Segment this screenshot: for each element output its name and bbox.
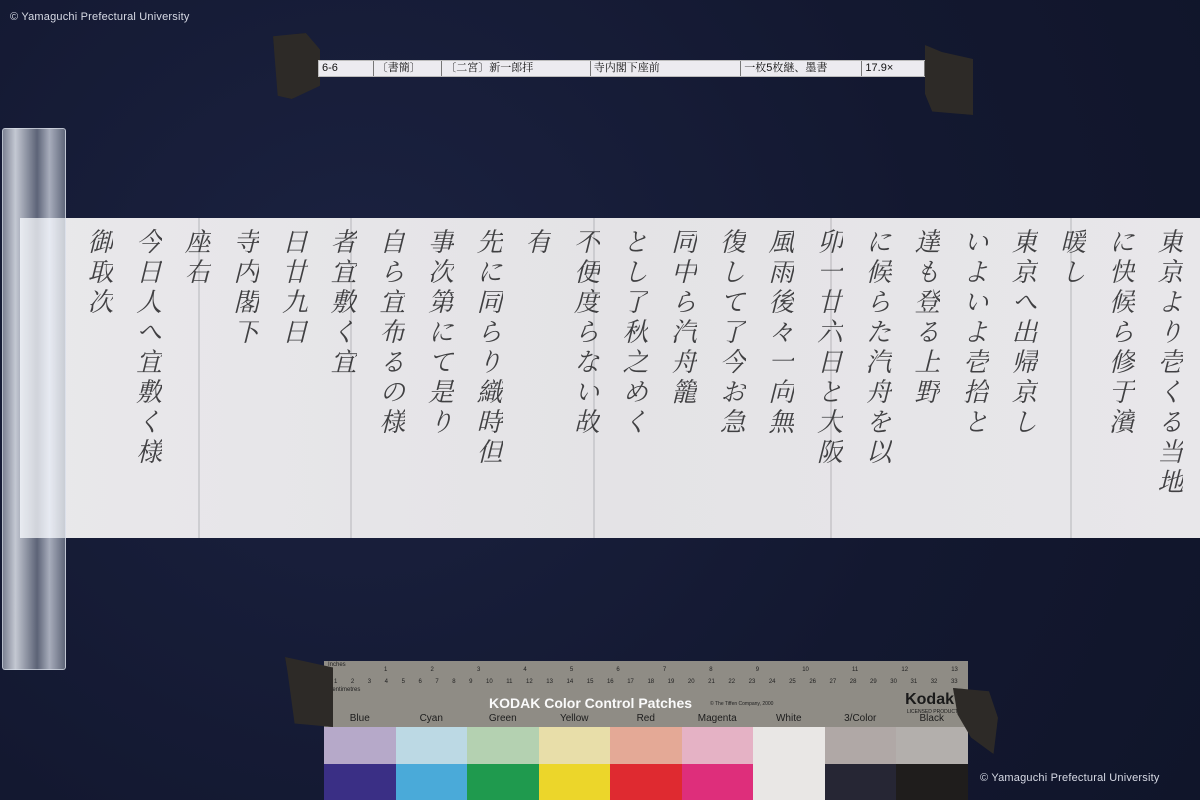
color-patch-cyan — [396, 727, 468, 800]
color-patch-3-color — [825, 727, 897, 800]
color-patch-green — [467, 727, 539, 800]
color-patch-magenta — [682, 727, 754, 800]
catalog-label-cell: 17.9× — [862, 61, 925, 76]
manuscript-column: 御取次 — [80, 228, 117, 318]
ruler-cm-number: 7 — [435, 679, 438, 685]
catalog-label-cell: 〔書簡〕 — [374, 61, 442, 76]
manuscript-column: 者宜敷く宜 — [323, 228, 360, 378]
manuscript-column: 有 — [518, 228, 555, 258]
ruler-inch-number: 9 — [756, 667, 759, 673]
catalog-label-cell: 一枚5枚継、墨書 — [741, 61, 862, 76]
tape-piece — [285, 657, 333, 727]
ruler-inch-number: 10 — [802, 667, 809, 673]
color-patch-blue — [324, 727, 396, 800]
ruler-cm-number: 10 — [486, 679, 493, 685]
ruler-cm-number: 22 — [728, 679, 735, 685]
patch-label-white: White — [753, 713, 825, 724]
catalog-label: 6-6〔書簡〕〔二宮〕新一郎拝寺内閣下座前一枚5枚継、墨書17.9× — [318, 60, 926, 77]
manuscript-column: 卯一廿六日と大阪 — [810, 228, 847, 468]
manuscript-column: 先に同らり織時但 — [469, 228, 506, 468]
chart-copyright: © The Tiffen Company, 2000 — [710, 701, 773, 707]
manuscript-column: 自ら宜布るの様 — [372, 228, 409, 438]
ruler-cm-number: 14 — [567, 679, 574, 685]
ruler-cm-number: 21 — [708, 679, 715, 685]
ruler-cm-number: 28 — [850, 679, 857, 685]
manuscript-column: 風雨後々一向無 — [761, 228, 798, 438]
manuscript-column: 不便度らない故 — [566, 228, 603, 438]
manuscript-column: 今日人へ宜敷く様 — [129, 228, 166, 468]
patch-label-yellow: Yellow — [539, 713, 611, 724]
copyright-bottom-right: © Yamaguchi Prefectural University — [980, 772, 1160, 784]
ruler-cm-number: 33 — [951, 679, 958, 685]
patch-label-blue: Blue — [324, 713, 396, 724]
manuscript-paper: 東京より壱くる当地に快候ら修于濱暖し東京へ出帰京しいよいよ壱拾と達も登る上野に候… — [20, 218, 1200, 538]
kodak-logo: Kodak — [905, 691, 954, 709]
manuscript-column: 東京より壱くる当地 — [1150, 228, 1187, 498]
patch-label-cyan: Cyan — [396, 713, 468, 724]
ruler-inch-number: 6 — [616, 667, 619, 673]
ruler-inch-number: 5 — [570, 667, 573, 673]
ruler-inch-number: 11 — [852, 667, 858, 673]
ruler-inch-number: 1 — [384, 667, 387, 673]
catalog-label-cell: 〔二宮〕新一郎拝 — [442, 61, 591, 76]
ruler-cm-number: 26 — [809, 679, 816, 685]
ruler-cm-number: 6 — [418, 679, 421, 685]
manuscript-column: 寺内閣下 — [226, 228, 263, 348]
ruler-cm-number: 12 — [526, 679, 533, 685]
manuscript-column: 事次第にて是り — [420, 228, 457, 438]
tape-piece — [273, 33, 320, 99]
ruler-inch-number: 2 — [430, 667, 433, 673]
ruler-cm-number: 30 — [890, 679, 897, 685]
ruler-inch-number: 3 — [477, 667, 480, 673]
patch-label-red: Red — [610, 713, 682, 724]
manuscript-column: 復して了今お急 — [712, 228, 749, 438]
ruler-cm-number: 23 — [749, 679, 756, 685]
manuscript-column: 東京へ出帰京し — [1004, 228, 1041, 438]
manuscript-column: 座右 — [177, 228, 214, 288]
ruler-cm-number: 32 — [931, 679, 938, 685]
ruler-inch-number: 13 — [951, 667, 958, 673]
color-patch-white — [753, 727, 825, 800]
manuscript-column: 達も登る上野 — [907, 228, 944, 408]
ruler: Inches 12345678910111213 123456789101112… — [324, 661, 968, 697]
manuscript-column: 日廿九日 — [275, 228, 312, 348]
manuscript-column: 同中ら汽舟籠 — [664, 228, 701, 408]
ruler-cm-number: 5 — [402, 679, 405, 685]
ruler-cm-number: 20 — [688, 679, 695, 685]
patch-label-black: Black — [896, 713, 968, 724]
patch-label-green: Green — [467, 713, 539, 724]
ruler-cm-number: 11 — [506, 679, 512, 685]
ruler-cm-number: 31 — [910, 679, 917, 685]
kodak-color-chart: Inches 12345678910111213 123456789101112… — [324, 661, 968, 800]
copyright-top-left: © Yamaguchi Prefectural University — [10, 11, 190, 23]
ruler-cm-number: 4 — [385, 679, 388, 685]
chart-title: KODAK Color Control Patches — [489, 695, 692, 711]
ruler-cm-number: 8 — [452, 679, 455, 685]
manuscript-column: に候らた汽舟を以 — [858, 228, 895, 468]
ruler-cm-number: 19 — [668, 679, 675, 685]
patch-label-3-color: 3/Color — [825, 713, 897, 724]
ruler-inch-number: 7 — [663, 667, 666, 673]
ruler-inch-number: 4 — [523, 667, 526, 673]
ruler-cm-ticks: 1234567891011121314151617181920212223242… — [334, 679, 958, 685]
manuscript-column: とし了秋之めく — [615, 228, 652, 438]
ruler-cm-number: 1 — [334, 679, 337, 685]
manuscript-text: 東京より壱くる当地に快候ら修于濱暖し東京へ出帰京しいよいよ壱拾と達も登る上野に候… — [20, 218, 1200, 538]
catalog-label-cell: 寺内閣下座前 — [591, 61, 741, 76]
patch-label-magenta: Magenta — [682, 713, 754, 724]
color-patch-red — [610, 727, 682, 800]
ruler-cm-number: 15 — [587, 679, 594, 685]
manuscript-column: に快候ら修于濱 — [1101, 228, 1138, 438]
ruler-inch-ticks: 12345678910111213 — [384, 667, 958, 673]
ruler-cm-number: 27 — [830, 679, 837, 685]
ruler-inch-number: 8 — [709, 667, 712, 673]
ruler-cm-number: 29 — [870, 679, 877, 685]
ruler-cm-number: 9 — [469, 679, 472, 685]
ruler-cm-number: 18 — [647, 679, 654, 685]
catalog-label-cell: 6-6 — [319, 61, 374, 76]
ruler-cm-number: 3 — [368, 679, 371, 685]
manuscript-column: いよいよ壱拾と — [955, 228, 992, 438]
tape-piece — [925, 45, 973, 115]
ruler-cm-number: 13 — [546, 679, 553, 685]
ruler-cm-number: 17 — [627, 679, 634, 685]
manuscript-column: 暖し — [1053, 228, 1090, 288]
ruler-cm-number: 2 — [351, 679, 354, 685]
ruler-inch-number: 12 — [901, 667, 908, 673]
ruler-cm-number: 16 — [607, 679, 614, 685]
color-patch-yellow — [539, 727, 611, 800]
acrylic-weight-rod — [2, 128, 66, 670]
color-patch-black — [896, 727, 968, 800]
ruler-cm-number: 25 — [789, 679, 796, 685]
ruler-cm-number: 24 — [769, 679, 776, 685]
